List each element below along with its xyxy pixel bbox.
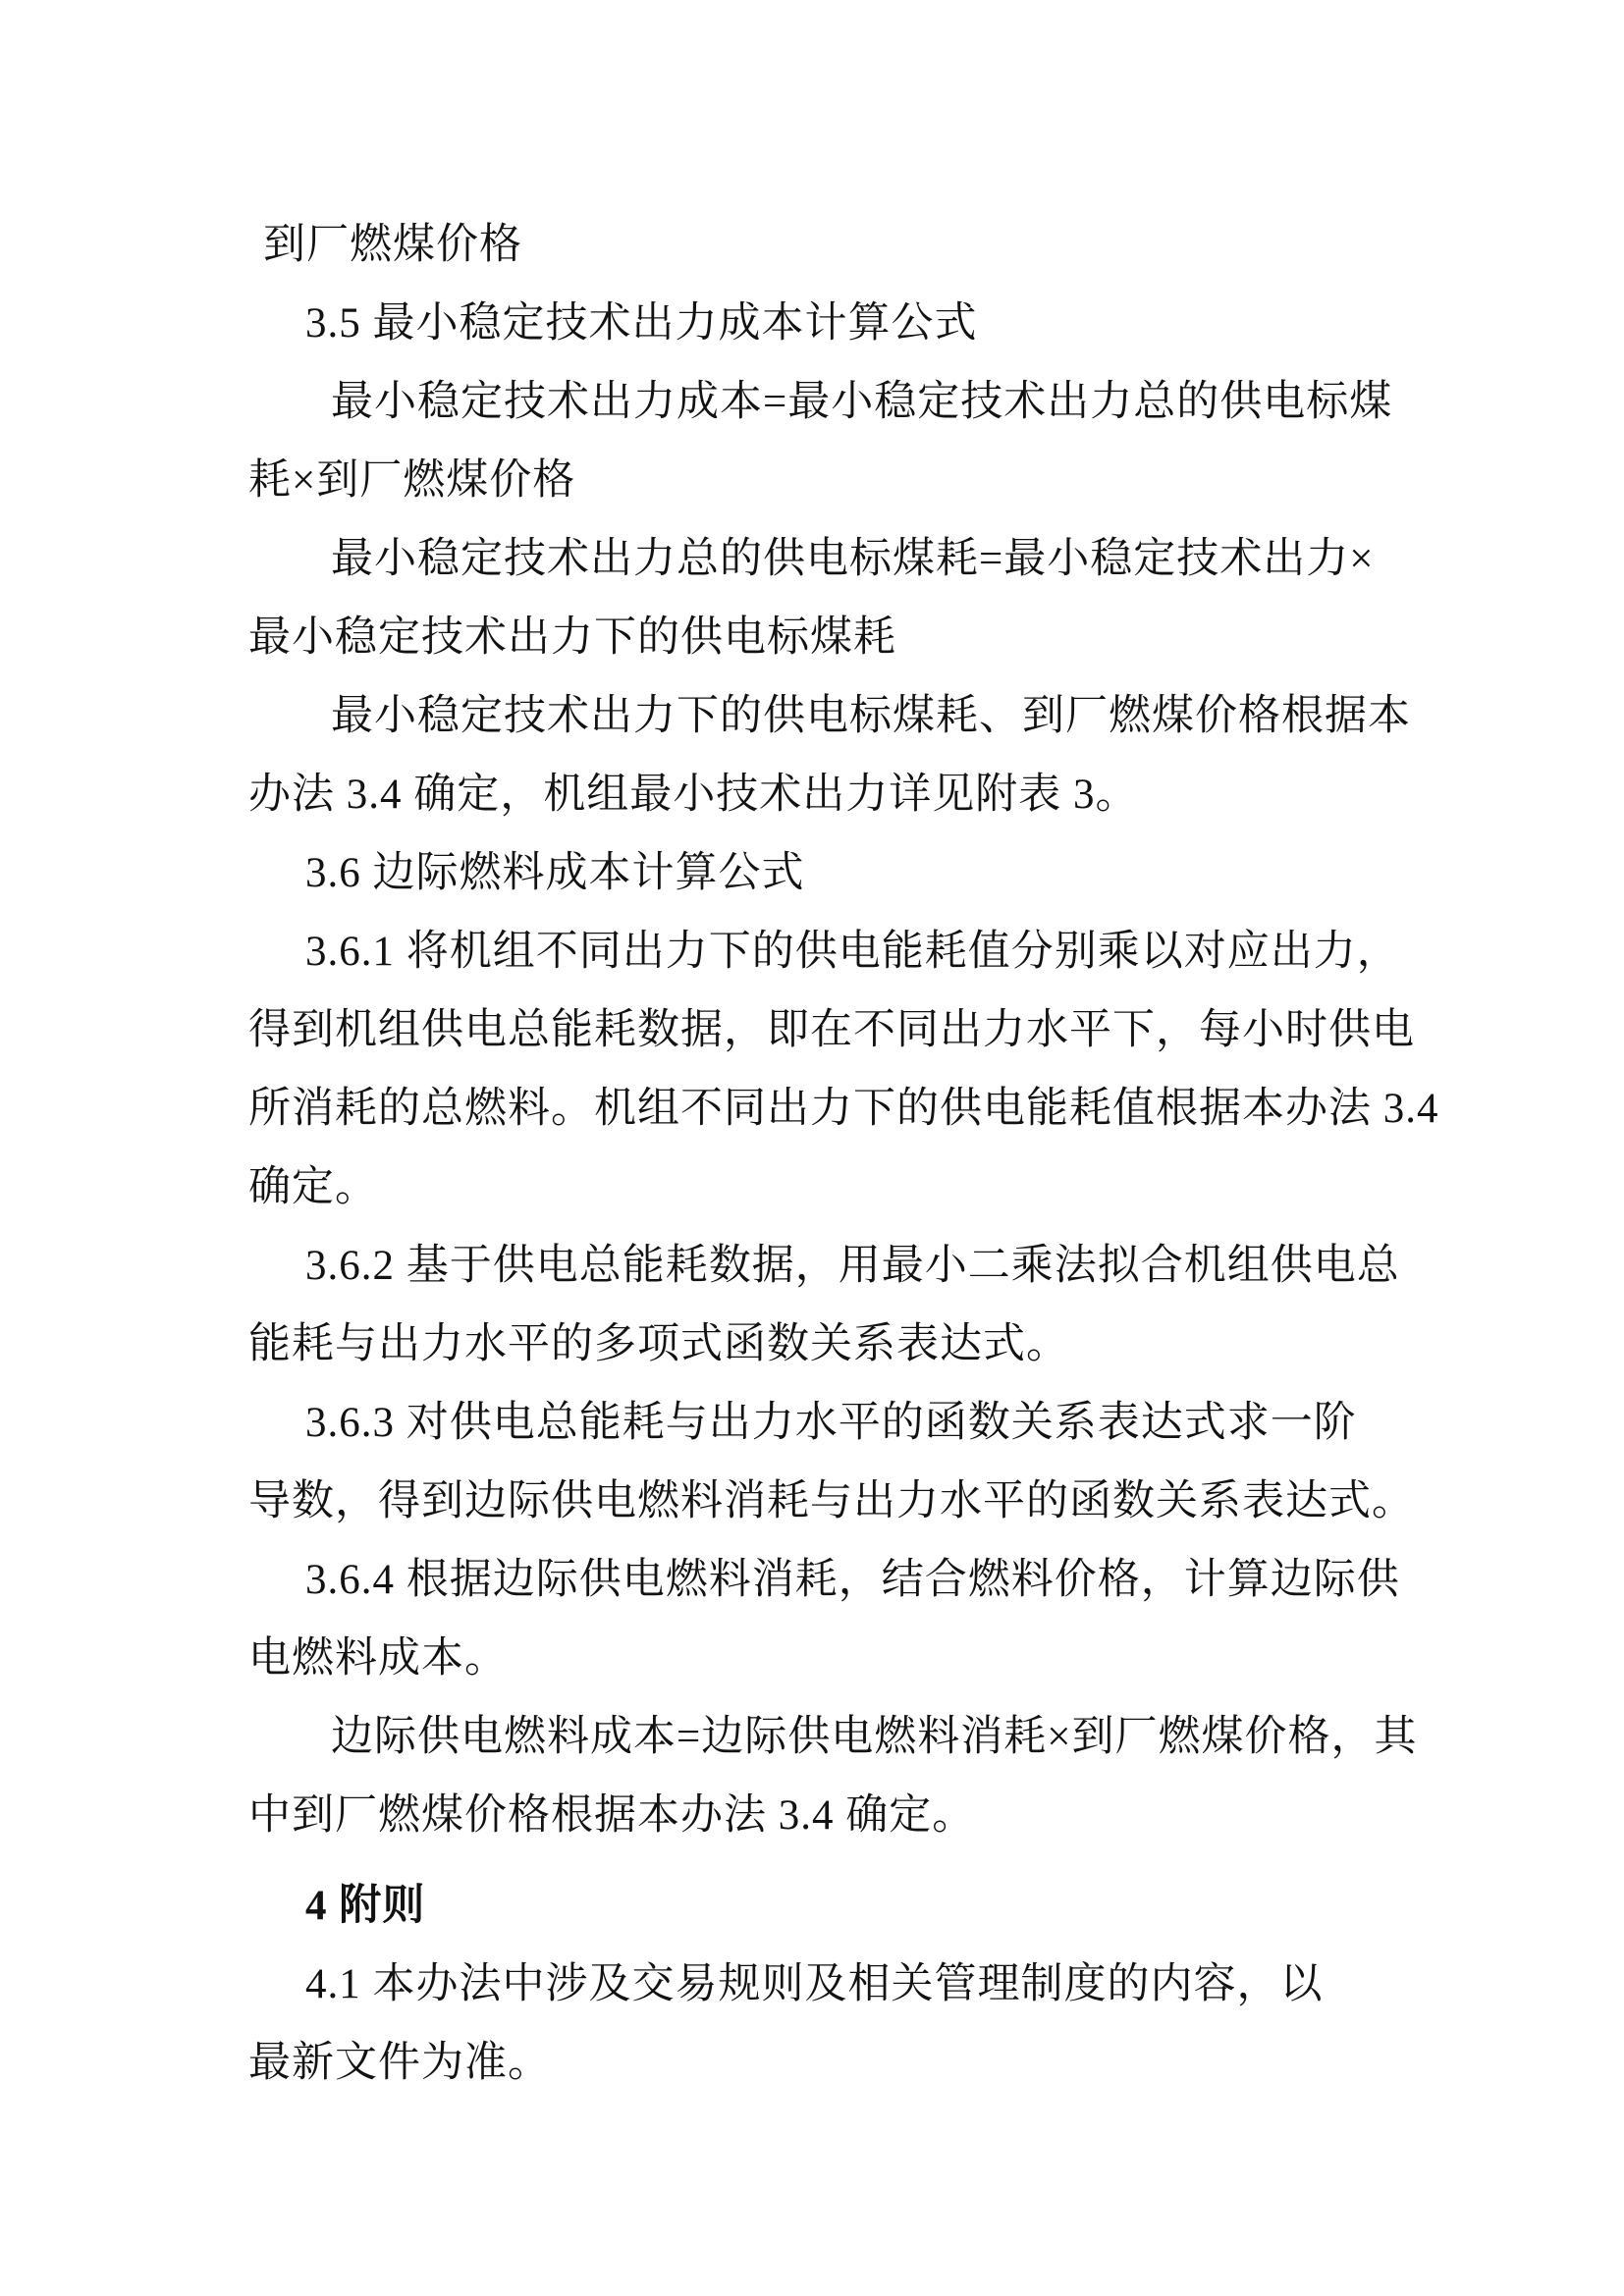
- section-heading-line: 4 附则: [248, 1867, 1391, 1946]
- text-line: 电燃料成本。: [248, 1620, 1391, 1698]
- text-line: 能耗与出力水平的多项式函数关系表达式。: [248, 1306, 1391, 1384]
- text-line: 3.6 边际燃料成本计算公式: [248, 834, 1391, 913]
- text-line: 耗×到厂燃煤价格: [248, 442, 1391, 520]
- text-line: 3.6.2 基于供电总能耗数据，用最小二乘法拟合机组供电总: [248, 1227, 1391, 1306]
- text-line: 最小稳定技术出力成本=最小稳定技术出力总的供电标煤: [248, 363, 1391, 442]
- text-line: 到厂燃煤价格: [248, 206, 1391, 285]
- text-line: 所消耗的总燃料。机组不同出力下的供电能耗值根据本办法 3.4: [248, 1070, 1391, 1148]
- text-line: 3.6.1 将机组不同出力下的供电能耗值分别乘以对应出力，: [248, 913, 1391, 991]
- text-line: 得到机组供电总能耗数据，即在不同出力水平下，每小时供电: [248, 991, 1391, 1070]
- text-line: 中到厂燃煤价格根据本办法 3.4 确定。: [248, 1777, 1391, 1855]
- text-line: 3.6.3 对供电总能耗与出力水平的函数关系表达式求一阶: [248, 1384, 1391, 1463]
- text-line: 最小稳定技术出力下的供电标煤耗: [248, 599, 1391, 677]
- text-line: 3.6.4 根据边际供电燃料消耗，结合燃料价格，计算边际供: [248, 1541, 1391, 1620]
- text-line: 最新文件为准。: [248, 2024, 1391, 2103]
- text-line: 4.1 本办法中涉及交易规则及相关管理制度的内容，以: [248, 1946, 1391, 2024]
- text-line: 导数，得到边际供电燃料消耗与出力水平的函数关系表达式。: [248, 1463, 1391, 1541]
- document-lines: 到厂燃煤价格3.5 最小稳定技术出力成本计算公式最小稳定技术出力成本=最小稳定技…: [248, 206, 1391, 2103]
- text-line: 最小稳定技术出力下的供电标煤耗、到厂燃煤价格根据本: [248, 677, 1391, 756]
- text-line: 3.5 最小稳定技术出力成本计算公式: [248, 285, 1391, 363]
- text-line: 确定。: [248, 1148, 1391, 1227]
- document-page: 到厂燃煤价格3.5 最小稳定技术出力成本计算公式最小稳定技术出力成本=最小稳定技…: [0, 0, 1624, 2296]
- text-line: 办法 3.4 确定，机组最小技术出力详见附表 3。: [248, 756, 1391, 834]
- text-line: 最小稳定技术出力总的供电标煤耗=最小稳定技术出力×: [248, 520, 1391, 599]
- text-line: 边际供电燃料成本=边际供电燃料消耗×到厂燃煤价格，其: [248, 1698, 1391, 1777]
